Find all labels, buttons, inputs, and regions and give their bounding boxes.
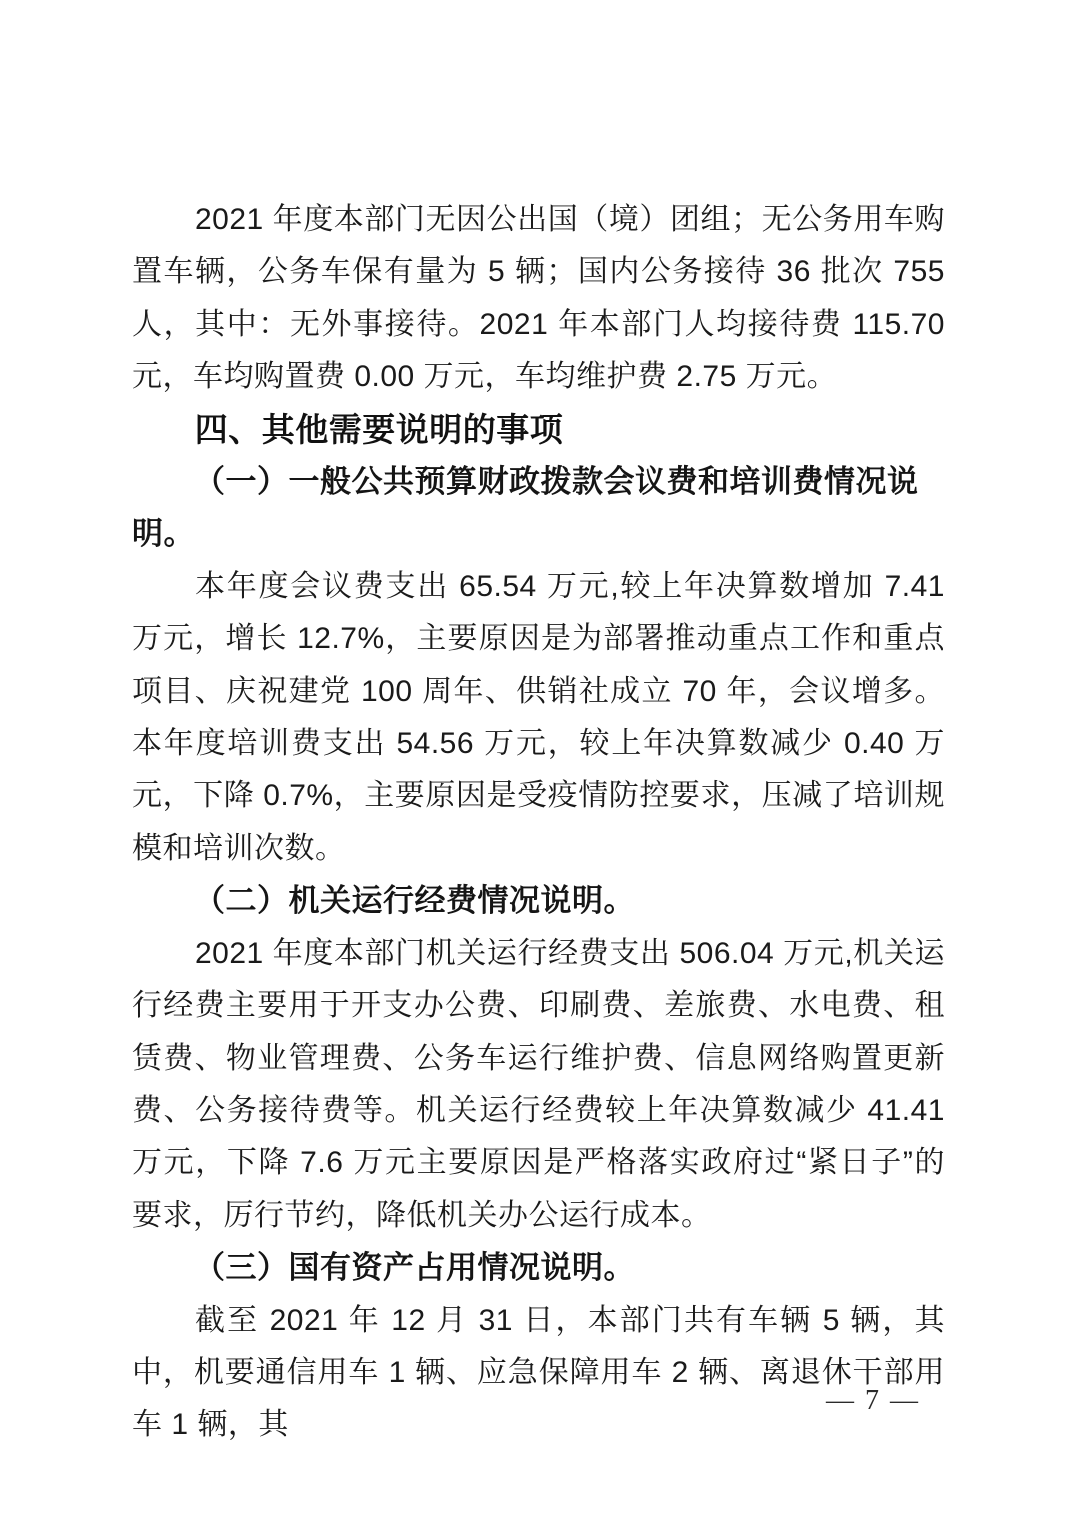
subsection-heading-operating-expenses: （二）机关运行经费情况说明。 [132, 875, 945, 927]
subsection-heading-state-assets: （三）国有资产占用情况说明。 [132, 1242, 945, 1294]
paragraph-meeting-training-fees-detail: 本年度会议费支出 65.54 万元,较上年决算数增加 7.41 万元，增长 12… [132, 561, 945, 875]
paragraph-state-assets-detail: 截至 2021 年 12 月 31 日，本部门共有车辆 5 辆，其中，机要通信用… [132, 1295, 945, 1452]
page-number: — 7 — [826, 1381, 920, 1421]
paragraph-travel-reception-summary: 2021 年度本部门无因公出国（境）团组；无公务用车购置车辆，公务车保有量为 5… [132, 194, 945, 404]
document-page: { "document": { "blocks": [ { "type": "p… [0, 0, 1074, 1520]
document-body: 2021 年度本部门无因公出国（境）团组；无公务用车购置车辆，公务车保有量为 5… [132, 194, 945, 1452]
subsection-heading-meeting-training-fees: （一）一般公共预算财政拨款会议费和培训费情况说明。 [132, 456, 945, 561]
section-heading-other-matters: 四、其他需要说明的事项 [132, 404, 945, 456]
paragraph-operating-expenses-detail: 2021 年度本部门机关运行经费支出 506.04 万元,机关运行经费主要用于开… [132, 928, 945, 1242]
page-background: 2021 年度本部门无因公出国（境）团组；无公务用车购置车辆，公务车保有量为 5… [0, 0, 1074, 1520]
